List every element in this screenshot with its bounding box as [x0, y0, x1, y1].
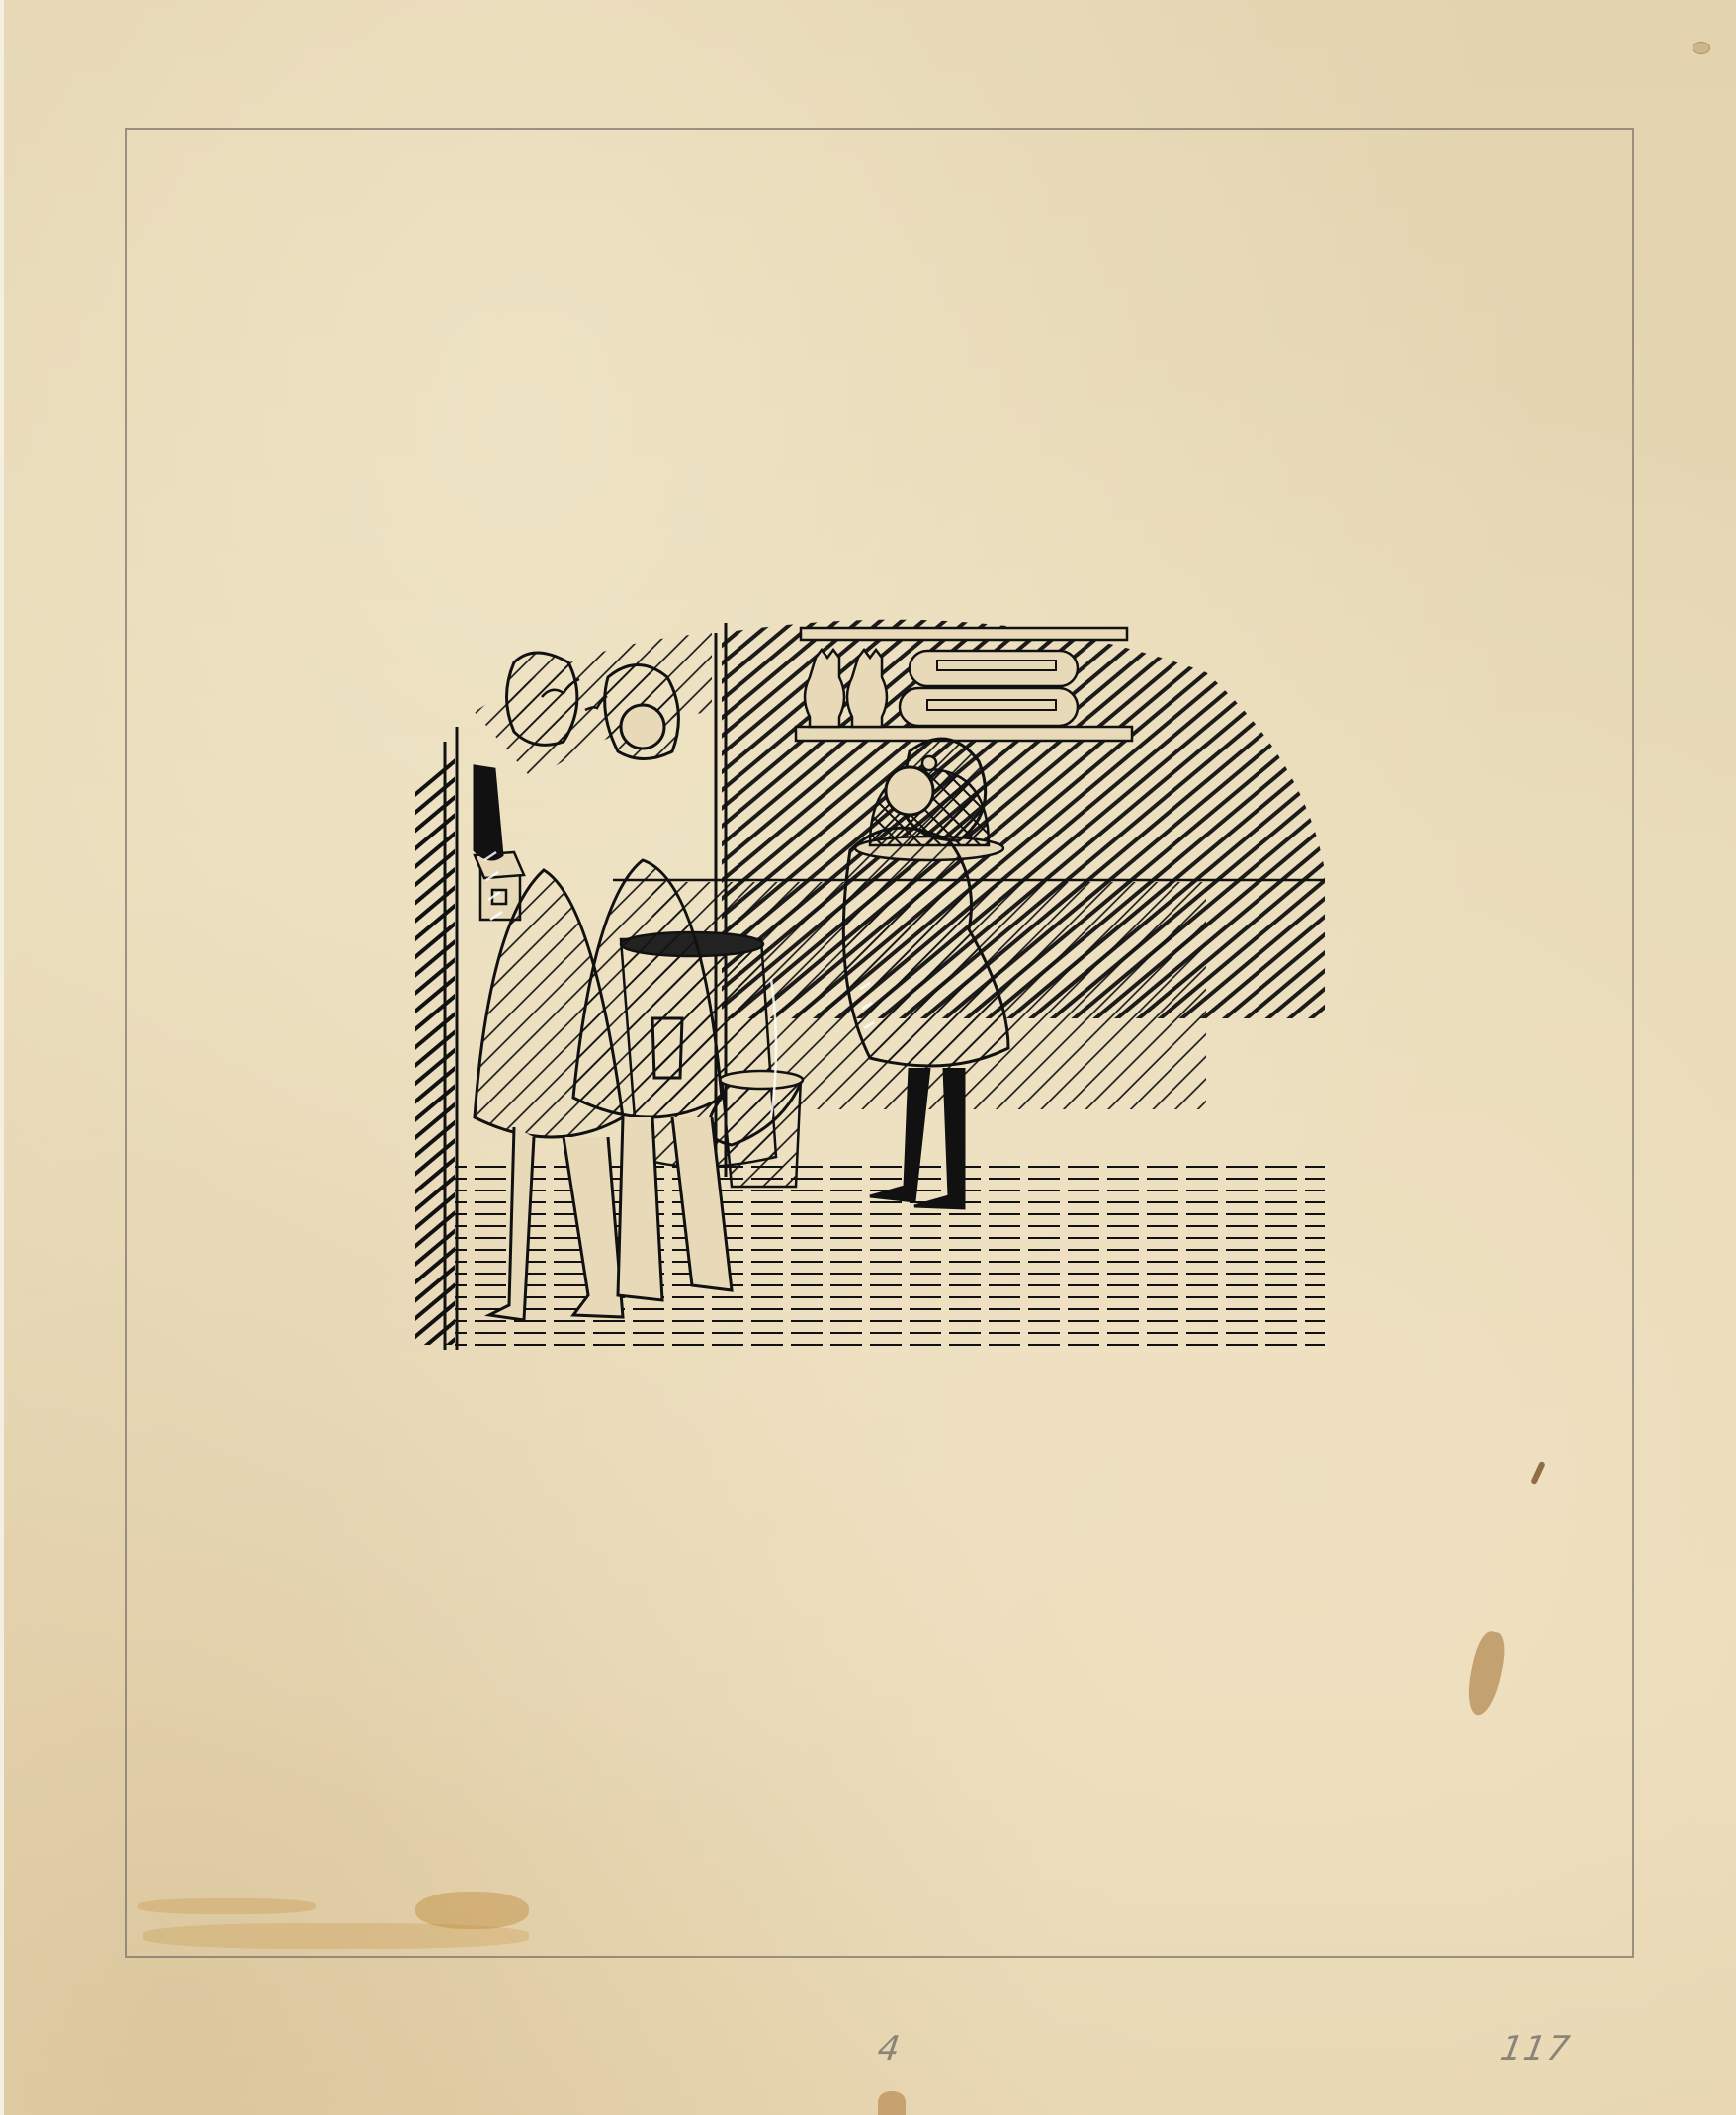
paper-edge [0, 0, 4, 2115]
ink-illustration [395, 603, 1384, 1365]
pencil-mark-page-number: 117 [1497, 2029, 1574, 2069]
stain-bottom-center [878, 2091, 906, 2115]
stain-top-right [1693, 42, 1710, 54]
